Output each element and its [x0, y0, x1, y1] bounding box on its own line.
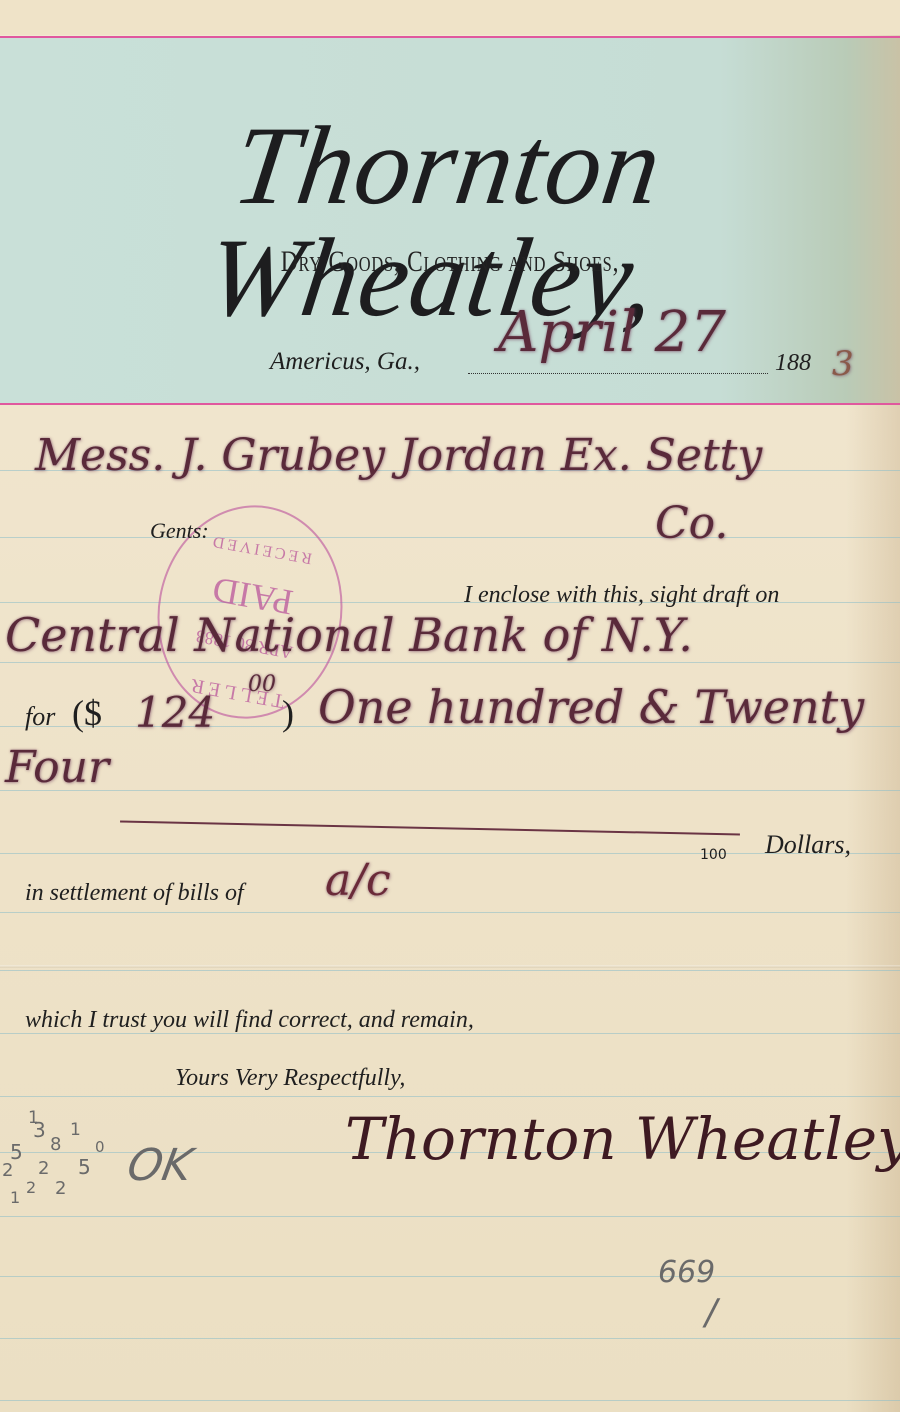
place-label: Americus, Ga., — [270, 348, 420, 376]
tally-number: 2 — [38, 1158, 49, 1179]
tally-number: 5 — [78, 1155, 91, 1179]
ruled-line — [0, 537, 900, 538]
tally-number: 3 — [33, 1118, 46, 1142]
cents-denominator: 100 — [700, 847, 727, 863]
signature: Thornton Wheatley — [345, 1105, 900, 1173]
top-margin — [0, 0, 900, 35]
ruled-line — [0, 1276, 900, 1277]
tally-number: 2 — [55, 1178, 66, 1199]
amount-words-line2: Four — [5, 742, 109, 793]
addressee-line2: Co. — [655, 498, 728, 549]
company-name: Thornton Wheatley, — [14, 110, 865, 334]
tally-number: 1 — [70, 1120, 81, 1140]
tally-number: 2 — [2, 1160, 13, 1181]
salutation: Gents: — [150, 518, 209, 544]
addressee: Mess. J. Grubey Jordan Ex. Setty — [35, 430, 762, 481]
tally-number: 0 — [95, 1138, 105, 1156]
handwritten-year-suffix: 3 — [832, 344, 854, 384]
paren-open: ($ — [72, 692, 102, 734]
amount-cents: 00 — [248, 672, 276, 697]
paper-fold — [0, 965, 900, 968]
ruled-line — [0, 970, 900, 971]
settlement-text: in settlement of bills of — [25, 880, 244, 907]
ruled-line — [0, 912, 900, 913]
for-label: for — [25, 702, 55, 732]
closing-text: which I trust you will find correct, and… — [25, 1007, 474, 1034]
bank-name: Central National Bank of N.Y. — [5, 608, 693, 662]
ruled-line — [0, 1216, 900, 1217]
file-number-slash: / — [705, 1292, 717, 1333]
valediction: Yours Very Respectfully, — [175, 1065, 405, 1092]
tally-number: 8 — [50, 1134, 61, 1155]
handwritten-date: April 27 — [498, 300, 726, 365]
letterhead-pink-rule — [0, 403, 900, 405]
date-line — [468, 373, 768, 374]
enclose-text: I enclose with this, sight draft on — [464, 582, 779, 609]
ruled-line — [0, 1338, 900, 1339]
ruled-line — [0, 1096, 900, 1097]
ruled-line — [0, 1400, 900, 1401]
file-number: 669 — [658, 1255, 715, 1290]
dollars-label: Dollars, — [765, 830, 851, 860]
tally-number: 1 — [10, 1188, 20, 1207]
year-prefix: 188 — [775, 350, 811, 377]
bills-of-value: a/c — [325, 855, 391, 906]
business-description: Dry Goods, Clothing and Shoes, — [99, 245, 801, 279]
ok-mark: OK — [124, 1140, 196, 1191]
ruled-line — [0, 790, 900, 791]
tally-number: 2 — [26, 1178, 36, 1197]
paren-close: ) — [282, 692, 294, 734]
amount-numeric: 124 — [135, 688, 215, 737]
amount-words-line1: One hundred & Twenty — [318, 680, 864, 734]
ruled-line — [0, 662, 900, 663]
